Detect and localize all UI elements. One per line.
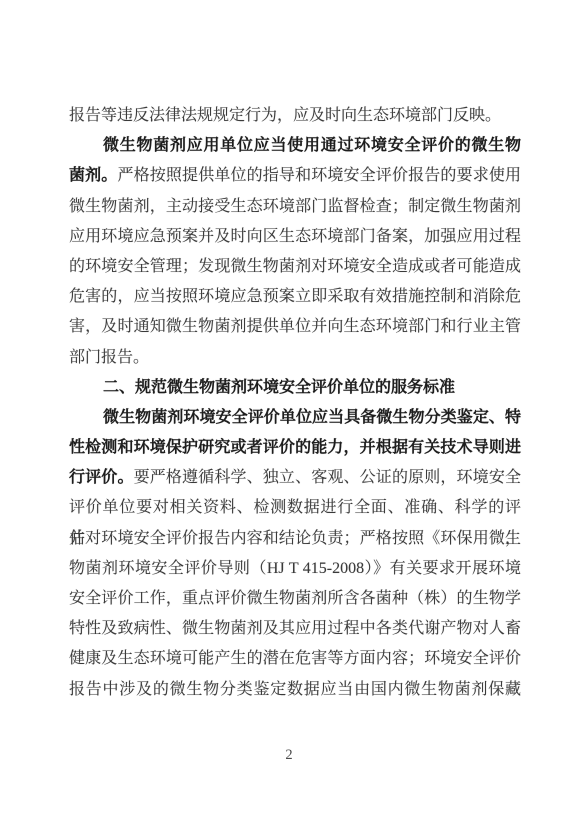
text-line: 微生物菌剂应用单位应当使用通过环境安全评价的微生物 [69, 131, 521, 161]
text-line: 特性及致病性、微生物菌剂及其应用过程中各类代谢产物对人畜 [69, 614, 521, 644]
text-line: 评价单位要对相关资料、检测数据进行全面、准确、科学的评估， [69, 493, 521, 523]
bold-text-segment: 菌剂。 [69, 167, 117, 184]
text-segment: 部门报告。 [69, 349, 149, 366]
bold-text-segment: 二、规范微生物菌剂环境安全评价单位的服务标准 [103, 379, 455, 396]
text-segment: 报告等违反法律法规规定行为，应及时向生态环境部门反映。 [69, 107, 501, 124]
text-segment: 严格按照提供单位的指导和环境安全评价报告的要求使用 [117, 167, 521, 184]
text-segment: 特性及致病性、微生物菌剂及其应用过程中各类代谢产物对人畜 [69, 620, 521, 637]
bold-text-segment: 微生物菌剂环境安全评价单位应当具备微生物分类鉴定、特 [103, 409, 521, 426]
document-body: 报告等违反法律法规规定行为，应及时向生态环境部门反映。微生物菌剂应用单位应当使用… [69, 101, 521, 705]
text-line: 菌剂。严格按照提供单位的指导和环境安全评价报告的要求使用 [69, 161, 521, 191]
page-number: 2 [0, 747, 578, 764]
text-segment: 应用环境应急预案并及时向区生态环境部门备案，加强应用过程 [69, 228, 521, 245]
bold-text-segment: 性检测和环境保护研究或者评价的能力，并根据有关技术导则进 [69, 439, 521, 456]
document-page: 报告等违反法律法规规定行为，应及时向生态环境部门反映。微生物菌剂应用单位应当使用… [0, 0, 578, 818]
text-segment: 微生物菌剂，主动接受生态环境部门监督检查；制定微生物菌剂 [69, 198, 521, 215]
text-line: 微生物菌剂环境安全评价单位应当具备微生物分类鉴定、特 [69, 403, 521, 433]
text-line: 健康及生态环境可能产生的潜在危害等方面内容；环境安全评价 [69, 644, 521, 674]
text-segment: 安全评价工作，重点评价微生物菌剂所含各菌种（株）的生物学 [69, 590, 521, 607]
bold-text-segment: 微生物菌剂应用单位应当使用通过环境安全评价的微生物 [103, 137, 521, 154]
text-line: 物菌剂环境安全评价导则（HJ T 415-2008）》有关要求开展环境 [69, 554, 521, 584]
text-line: 部门报告。 [69, 343, 521, 373]
text-line: 应用环境应急预案并及时向区生态环境部门备案，加强应用过程 [69, 222, 521, 252]
text-segment: 的环境安全管理；发现微生物菌剂对环境安全造成或者可能造成 [69, 258, 521, 275]
text-segment: 报告中涉及的微生物分类鉴定数据应当由国内微生物菌剂保藏 [69, 681, 521, 698]
section-heading: 二、规范微生物菌剂环境安全评价单位的服务标准 [69, 373, 521, 403]
bold-text-segment: 行评价。 [69, 469, 134, 486]
text-segment: 害，及时通知微生物菌剂提供单位并向生态环境部门和行业主管 [69, 318, 521, 335]
text-line: 报告中涉及的微生物分类鉴定数据应当由国内微生物菌剂保藏 [69, 675, 521, 705]
text-segment: 要严格遵循科学、独立、客观、公证的原则，环境安全 [134, 469, 521, 486]
text-line: 微生物菌剂，主动接受生态环境部门监督检查；制定微生物菌剂 [69, 192, 521, 222]
text-segment: 并对环境安全评价报告内容和结论负责；严格按照《环保用微生 [69, 530, 521, 547]
text-line: 危害的，应当按照环境应急预案立即采取有效措施控制和消除危 [69, 282, 521, 312]
text-line: 安全评价工作，重点评价微生物菌剂所含各菌种（株）的生物学 [69, 584, 521, 614]
text-line: 报告等违反法律法规规定行为，应及时向生态环境部门反映。 [69, 101, 521, 131]
text-line: 的环境安全管理；发现微生物菌剂对环境安全造成或者可能造成 [69, 252, 521, 282]
text-line: 行评价。要严格遵循科学、独立、客观、公证的原则，环境安全 [69, 463, 521, 493]
text-segment: 物菌剂环境安全评价导则（HJ T 415-2008）》有关要求开展环境 [69, 560, 521, 577]
text-line: 害，及时通知微生物菌剂提供单位并向生态环境部门和行业主管 [69, 312, 521, 342]
text-segment: 危害的，应当按照环境应急预案立即采取有效措施控制和消除危 [69, 288, 521, 305]
text-line: 并对环境安全评价报告内容和结论负责；严格按照《环保用微生 [69, 524, 521, 554]
text-segment: 健康及生态环境可能产生的潜在危害等方面内容；环境安全评价 [69, 650, 521, 667]
text-line: 性检测和环境保护研究或者评价的能力，并根据有关技术导则进 [69, 433, 521, 463]
